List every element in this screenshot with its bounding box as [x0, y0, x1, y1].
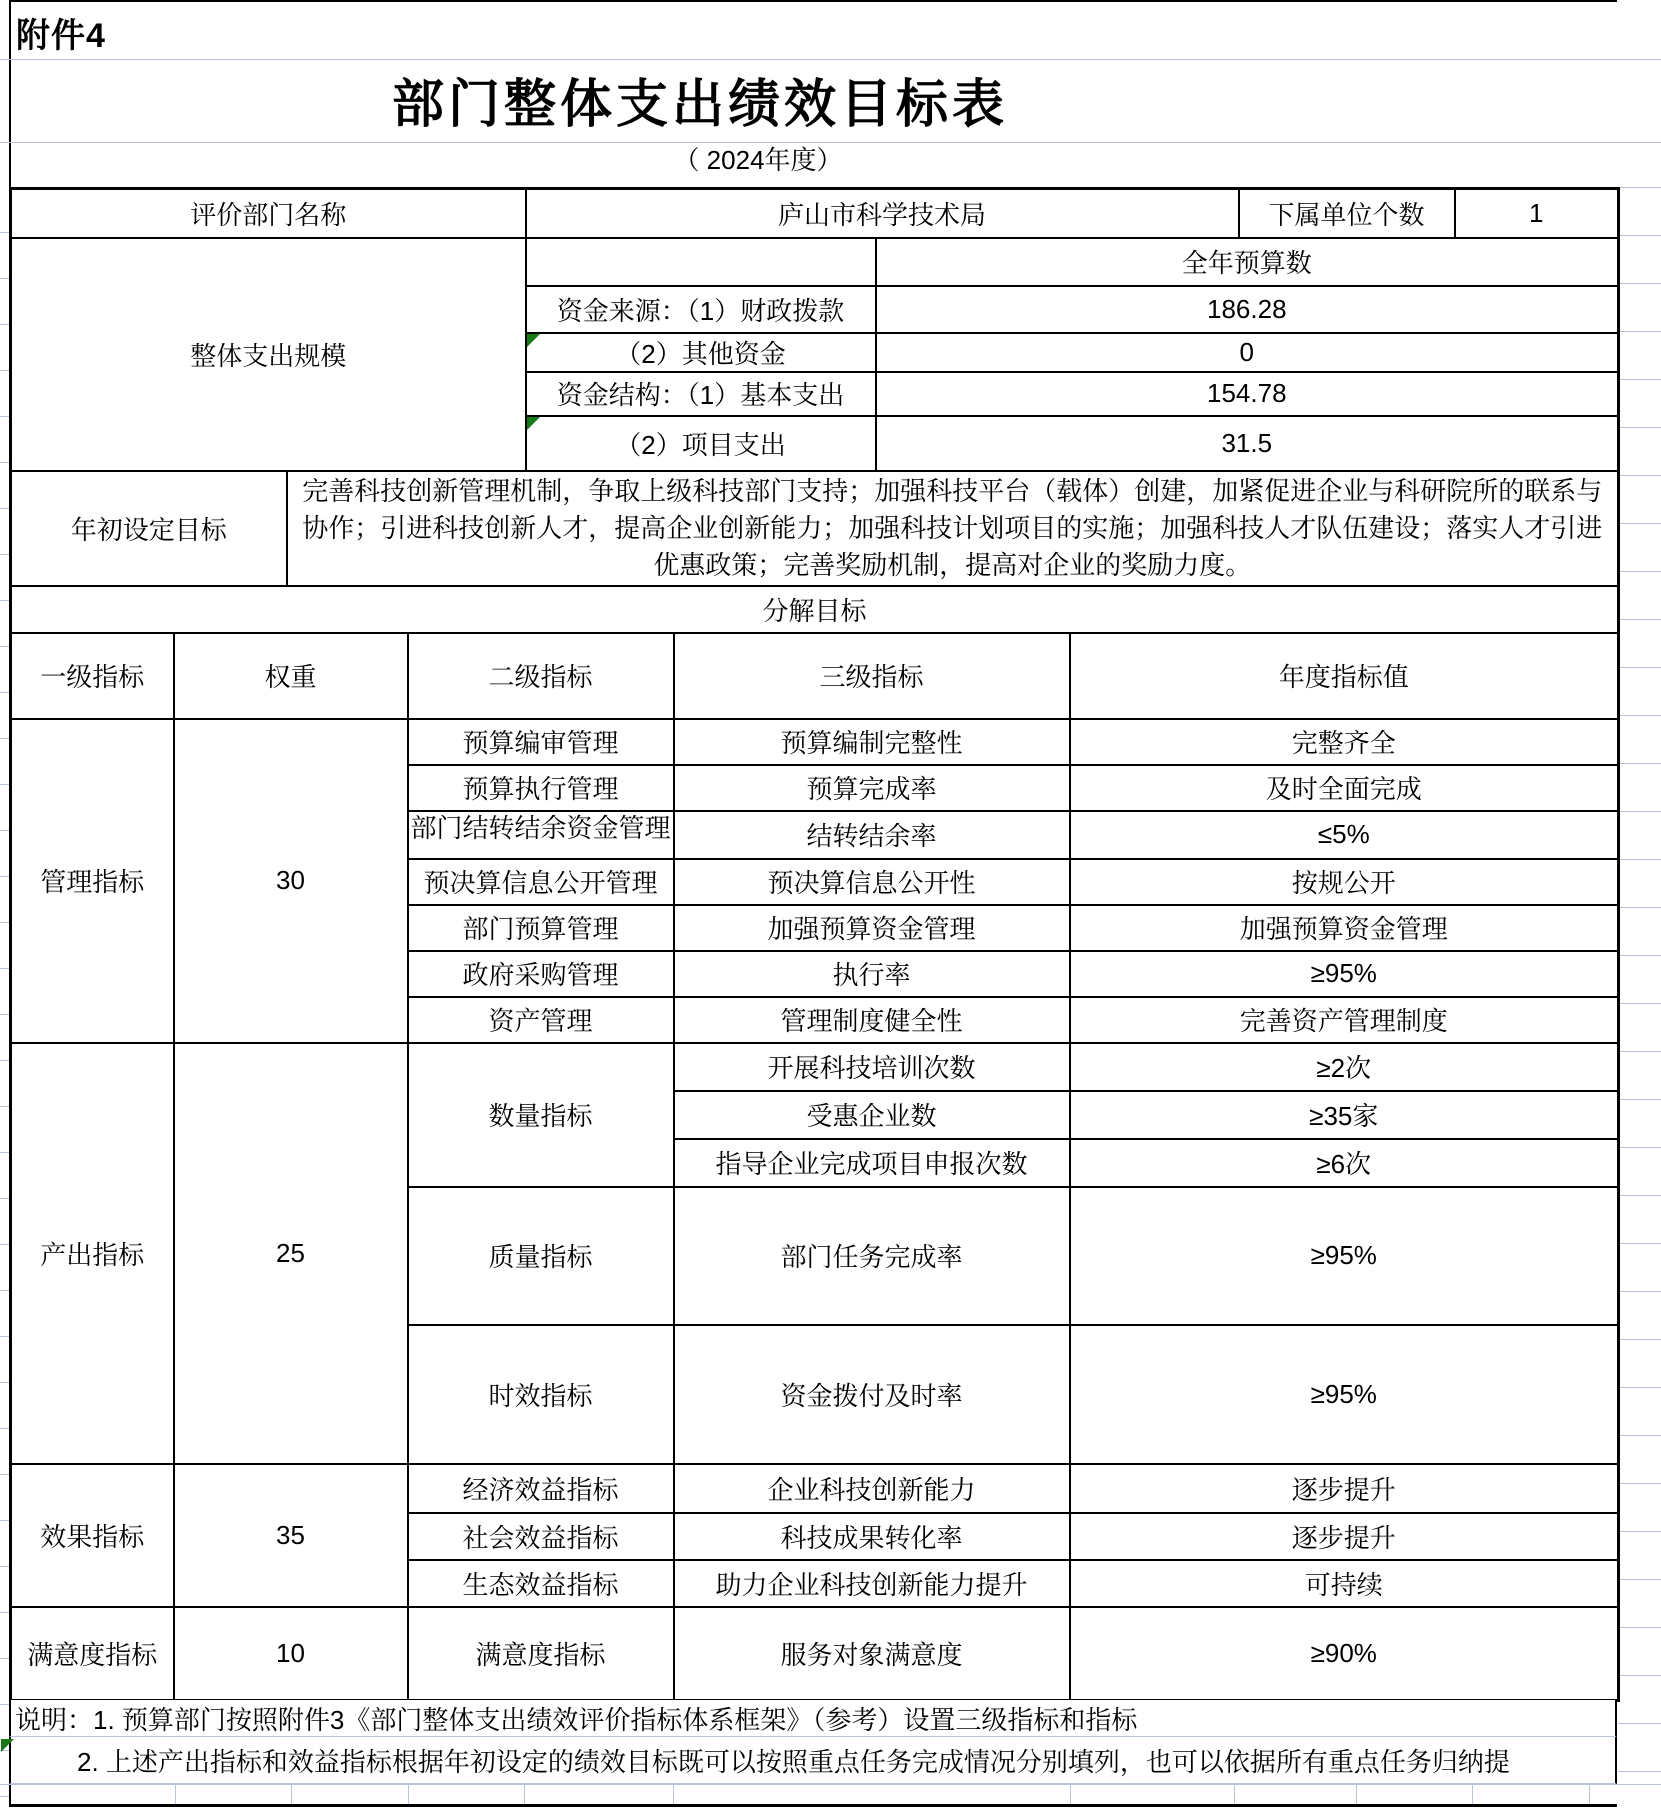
annual-goal-label-cell[interactable]: 年初设定目标: [11, 471, 287, 586]
target-cell[interactable]: 逐步提升: [1070, 1513, 1619, 1560]
level1-effect-cell[interactable]: 效果指标: [11, 1464, 174, 1607]
l2-cell[interactable]: 经济效益指标: [408, 1464, 674, 1513]
left-gridline-strip: [0, 187, 9, 1812]
l2-cell[interactable]: 社会效益指标: [408, 1513, 674, 1560]
gridline: [0, 59, 1661, 60]
budget-column-header-cell[interactable]: 全年预算数: [876, 238, 1619, 286]
l3-cell[interactable]: 加强预算资金管理: [674, 905, 1070, 951]
fund-source-fiscal-label-cell[interactable]: 资金来源：（1）财政拨款: [526, 286, 876, 333]
level1-satisfaction-cell[interactable]: 满意度指标: [11, 1607, 174, 1701]
l3-cell[interactable]: 结转结余率: [674, 811, 1070, 859]
l2-cell[interactable]: 预算编审管理: [408, 719, 674, 765]
target-cell[interactable]: ≥95%: [1070, 951, 1619, 997]
target-cell[interactable]: 完整齐全: [1070, 719, 1619, 765]
fund-structure-project-value-cell[interactable]: 31.5: [876, 416, 1619, 471]
l2-clipped-text: 部门结转结余资金管理: [411, 812, 671, 858]
l3-cell[interactable]: 预算完成率: [674, 765, 1070, 811]
fund-structure-project-label-cell[interactable]: （2）项目支出: [526, 416, 876, 471]
l2-cell[interactable]: 生态效益指标: [408, 1560, 674, 1607]
attachment-label[interactable]: 附件4: [16, 8, 106, 57]
l2-cell[interactable]: 满意度指标: [408, 1607, 674, 1701]
budget-blank-cell[interactable]: [526, 238, 876, 286]
fund-structure-basic-value-cell[interactable]: 154.78: [876, 372, 1619, 416]
l3-cell[interactable]: 执行率: [674, 951, 1070, 997]
target-cell[interactable]: ≥6次: [1070, 1139, 1619, 1187]
target-cell[interactable]: ≤5%: [1070, 811, 1619, 859]
page-title[interactable]: 部门整体支出绩效目标表: [392, 62, 1008, 137]
l3-cell[interactable]: 企业科技创新能力: [674, 1464, 1070, 1513]
cell-flag-icon: [1, 1739, 14, 1752]
target-cell[interactable]: 加强预算资金管理: [1070, 905, 1619, 951]
notes-line-2[interactable]: 2. 上述产出指标和效益指标根据年初设定的绩效目标既可以按照重点任务完成情况分别…: [9, 1737, 1617, 1784]
budget-section-label-cell[interactable]: 整体支出规模: [11, 238, 526, 471]
target-cell[interactable]: 按规公开: [1070, 859, 1619, 905]
l3-cell[interactable]: 管理制度健全性: [674, 997, 1070, 1043]
l2-cell[interactable]: 预决算信息公开管理: [408, 859, 674, 905]
cell-flag-icon: [527, 417, 540, 430]
l3-cell[interactable]: 受惠企业数: [674, 1091, 1070, 1139]
l2-quality-cell[interactable]: 质量指标: [408, 1187, 674, 1325]
dept-name-label-cell[interactable]: 评价部门名称: [11, 189, 526, 238]
target-cell[interactable]: ≥95%: [1070, 1325, 1619, 1464]
level1-output-cell[interactable]: 产出指标: [11, 1043, 174, 1464]
annual-goal-text-cell[interactable]: 完善科技创新管理机制，争取上级科技部门支持；加强科技平台（载体）创建，加紧促进企…: [287, 471, 1619, 586]
annual-goal-text: 完善科技创新管理机制，争取上级科技部门支持；加强科技平台（载体）创建，加紧促进企…: [290, 473, 1616, 584]
target-cell[interactable]: 可持续: [1070, 1560, 1619, 1607]
spreadsheet-page: 附件4 部门整体支出绩效目标表 （ 2024年度） 评价部门名称 庐山市科学技术…: [0, 0, 1661, 1812]
fund-structure-basic-label-cell[interactable]: 资金结构：（1）基本支出: [526, 372, 876, 416]
l2-cell[interactable]: 预算执行管理: [408, 765, 674, 811]
l3-cell[interactable]: 资金拨付及时率: [674, 1325, 1070, 1464]
target-cell[interactable]: 完善资产管理制度: [1070, 997, 1619, 1043]
l3-cell[interactable]: 预算编制完整性: [674, 719, 1070, 765]
breakdown-section-title-cell[interactable]: 分解目标: [11, 586, 1619, 633]
subunit-count-label-cell[interactable]: 下属单位个数: [1239, 189, 1455, 238]
cell-flag-icon: [527, 334, 540, 347]
target-cell[interactable]: ≥35家: [1070, 1091, 1619, 1139]
page-subtitle[interactable]: （ 2024年度）: [673, 140, 842, 177]
weight-output-cell[interactable]: 25: [174, 1043, 408, 1464]
column-header-annual-target[interactable]: 年度指标值: [1070, 633, 1619, 719]
l3-cell[interactable]: 服务对象满意度: [674, 1607, 1070, 1701]
performance-target-table: 评价部门名称 庐山市科学技术局 下属单位个数 1 整体支出规模 全年预算数 资金…: [9, 187, 1620, 1702]
level1-management-cell[interactable]: 管理指标: [11, 719, 174, 1043]
l3-cell[interactable]: 预决算信息公开性: [674, 859, 1070, 905]
weight-effect-cell[interactable]: 35: [174, 1464, 408, 1607]
l2-cell[interactable]: 部门结转结余资金管理: [408, 811, 674, 859]
column-header-weight[interactable]: 权重: [174, 633, 408, 719]
page-bottom-border: [9, 1804, 1617, 1807]
page-top-border: [9, 0, 1617, 2]
target-cell[interactable]: 逐步提升: [1070, 1464, 1619, 1513]
l3-cell[interactable]: 助力企业科技创新能力提升: [674, 1560, 1070, 1607]
fund-source-fiscal-value-cell[interactable]: 186.28: [876, 286, 1619, 333]
column-header-level2[interactable]: 二级指标: [408, 633, 674, 719]
target-cell[interactable]: ≥90%: [1070, 1607, 1619, 1701]
weight-satisfaction-cell[interactable]: 10: [174, 1607, 408, 1701]
l3-cell[interactable]: 部门任务完成率: [674, 1187, 1070, 1325]
target-cell[interactable]: 及时全面完成: [1070, 765, 1619, 811]
subunit-count-value-cell[interactable]: 1: [1455, 189, 1619, 238]
right-gridline-strip: [1618, 140, 1661, 1812]
fund-source-other-label-cell[interactable]: （2）其他资金: [526, 333, 876, 372]
target-cell[interactable]: ≥2次: [1070, 1043, 1619, 1091]
dept-name-value-cell[interactable]: 庐山市科学技术局: [526, 189, 1239, 238]
column-header-level3[interactable]: 三级指标: [674, 633, 1070, 719]
l2-cell[interactable]: 部门预算管理: [408, 905, 674, 951]
l2-quantity-cell[interactable]: 数量指标: [408, 1043, 674, 1187]
l3-cell[interactable]: 开展科技培训次数: [674, 1043, 1070, 1091]
l2-cell[interactable]: 政府采购管理: [408, 951, 674, 997]
l2-timeliness-cell[interactable]: 时效指标: [408, 1325, 674, 1464]
l2-cell[interactable]: 资产管理: [408, 997, 674, 1043]
fund-source-other-value-cell[interactable]: 0: [876, 333, 1619, 372]
column-header-level1[interactable]: 一级指标: [11, 633, 174, 719]
l3-cell[interactable]: 指导企业完成项目申报次数: [674, 1139, 1070, 1187]
weight-management-cell[interactable]: 30: [174, 719, 408, 1043]
l3-cell[interactable]: 科技成果转化率: [674, 1513, 1070, 1560]
target-cell[interactable]: ≥95%: [1070, 1187, 1619, 1325]
notes-line-1[interactable]: 说明：1. 预算部门按照附件3《部门整体支出绩效评价指标体系框架》（参考）设置三…: [9, 1700, 1617, 1737]
bottom-gridline-strip: [0, 1784, 1661, 1804]
